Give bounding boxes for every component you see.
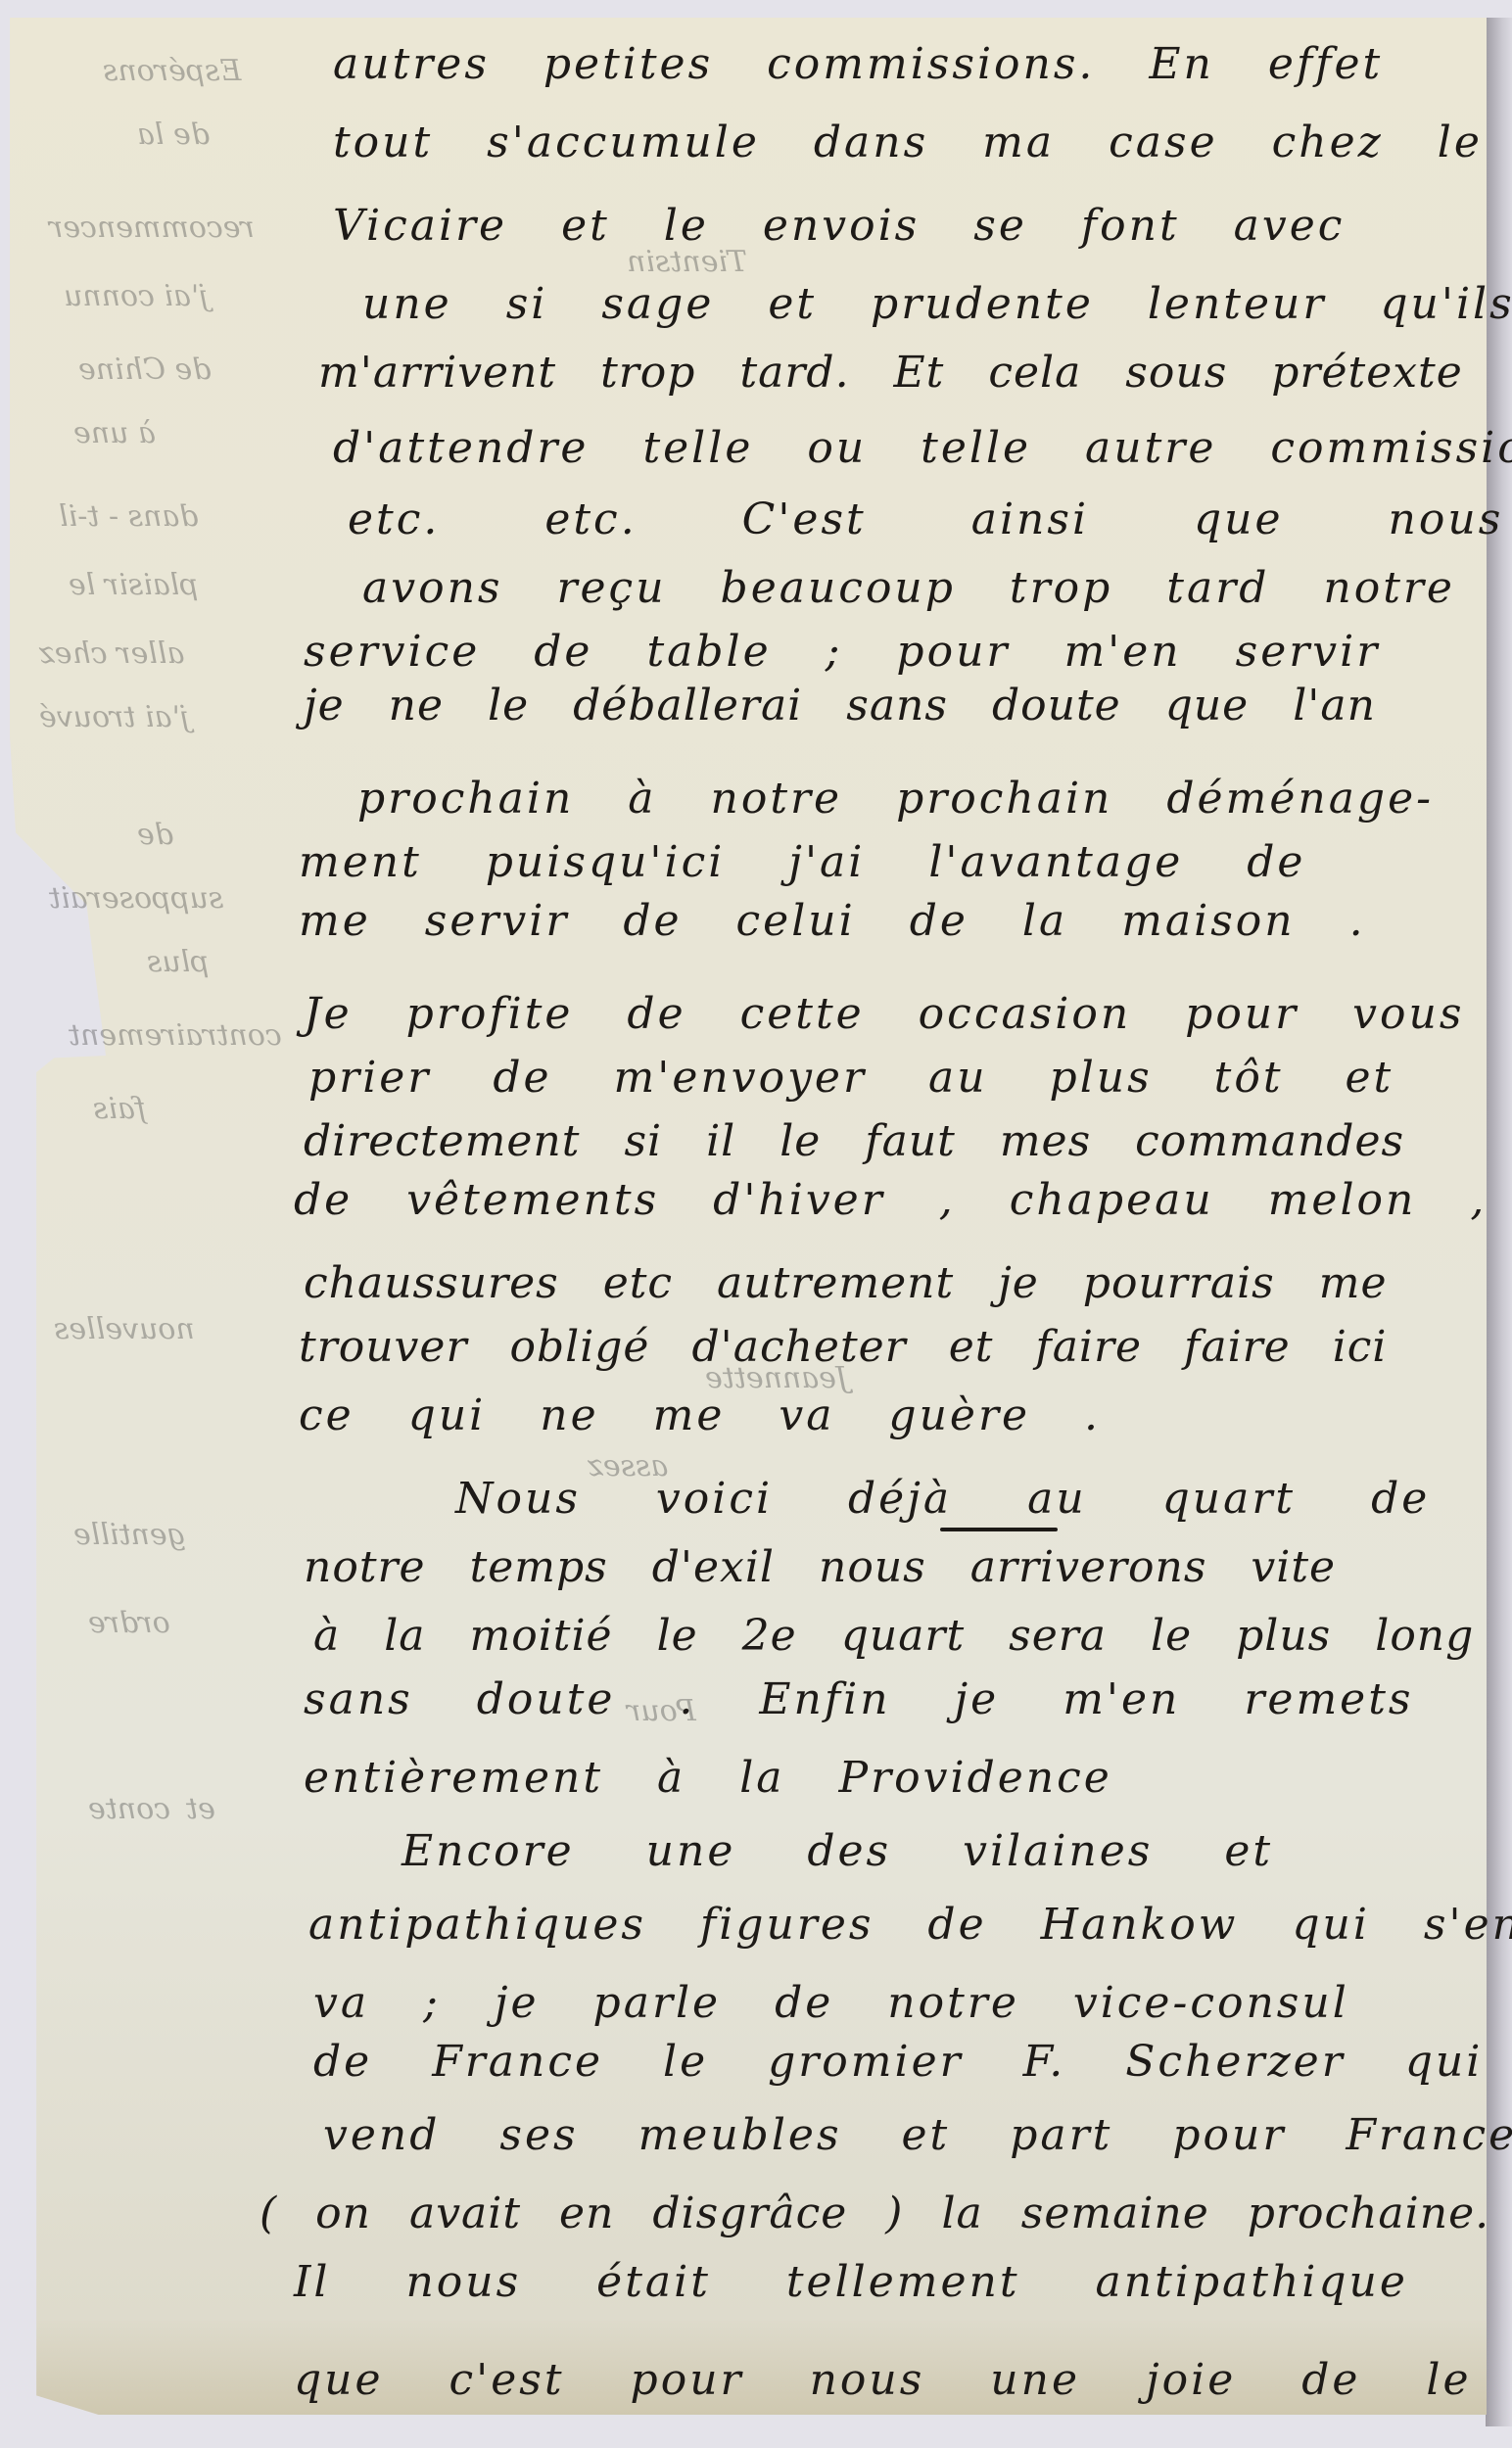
bleed-through-text: ordre — [88, 1606, 170, 1640]
letter-line: Vicaire et le envois se font avec — [333, 201, 1345, 251]
bleed-through-text: recommencer — [49, 211, 255, 245]
letter-line: avons reçu beaucoup trop tard notre — [362, 563, 1455, 613]
letter-line: notre temps d'exil nous arriverons vite — [304, 1542, 1336, 1592]
letter-line: vend ses meubles et part pour France — [323, 2110, 1512, 2160]
letter-line: de France le gromier F. Scherzer qui — [313, 2037, 1483, 2087]
letter-line: antipathiques figures de Hankow qui s'en — [308, 1900, 1512, 1950]
letter-line: Il nous était tellement antipathique — [294, 2257, 1408, 2307]
letter-line: ce qui ne me va guère . — [299, 1390, 1101, 1440]
letter-line: me servir de celui de la maison . — [299, 896, 1366, 946]
letter-line: entièrement à la Providence — [304, 1753, 1112, 1803]
letter-line: prier de m'envoyer au plus tôt et — [308, 1053, 1394, 1103]
bleed-through-text: j'ai connu — [64, 279, 208, 313]
letter-line: d'attendre telle ou telle autre commissi… — [333, 423, 1512, 473]
letter-line: trouver obligé d'acheter et faire faire … — [299, 1322, 1388, 1372]
bleed-through-text: gentille — [73, 1518, 186, 1552]
letter-line: directement si il le faut mes commandes — [304, 1116, 1404, 1166]
letter-line: une si sage et prudente lenteur qu'ils — [362, 279, 1512, 329]
letter-line: ( on avait en disgrâce ) la semaine proc… — [260, 2189, 1489, 2238]
bleed-through-text: j'ai trouvé — [39, 700, 189, 734]
letter-line: va ; je parle de notre vice-consul — [313, 1978, 1349, 2028]
bleed-through-text: plus — [147, 945, 210, 979]
letter-line: Encore une des vilaines et — [402, 1826, 1273, 1876]
letter-line: Nous voici déjà au quart de — [455, 1474, 1430, 1524]
bleed-through-text: et — [186, 1792, 215, 1826]
bleed-through-text: de Chine — [78, 353, 211, 387]
letter-line: je ne le déballerai sans doute que l'an — [304, 681, 1376, 730]
bleed-through-text: Espérons — [103, 54, 241, 88]
bleed-through-text: plaisir le — [69, 568, 199, 602]
letter-line: tout s'accumule dans ma case chez le — [333, 118, 1483, 167]
letter-line: que c'est pour nous une joie de le voir — [294, 2355, 1512, 2405]
letter-line: Je profite de cette occasion pour vous — [304, 989, 1464, 1039]
bleed-through-text: aller chez — [39, 636, 184, 671]
letter-line: sans doute . Enfin je m'en remets — [304, 1674, 1413, 1724]
letter-line: m'arrivent trop tard. Et cela sous préte… — [318, 348, 1463, 398]
letter-line: à la moitié le 2e quart sera le plus lon… — [313, 1611, 1474, 1661]
bleed-through-text: fais — [93, 1092, 146, 1126]
bleed-through-text: dans - t-il — [59, 499, 198, 534]
bleed-through-text: contrairement — [69, 1018, 282, 1053]
bleed-through-text: à une — [73, 416, 156, 450]
letter-line: etc. etc. C'est ainsi que nous — [348, 494, 1503, 544]
page-shadow — [1486, 18, 1512, 2426]
letter-line: de vêtements d'hiver , chapeau melon , — [294, 1175, 1487, 1225]
bleed-through-text: de — [137, 818, 173, 852]
bleed-through-text: conte — [88, 1792, 170, 1826]
bleed-through-text: supposerait — [49, 881, 223, 916]
underline-mark — [940, 1528, 1058, 1531]
letter-line: autres petites commissions. En effet — [333, 39, 1383, 89]
letter-line: ment puisqu'ici j'ai l'avantage de — [299, 837, 1305, 887]
letter-line: prochain à notre prochain déménage- — [357, 774, 1434, 824]
bleed-through-text: de la — [137, 118, 210, 152]
letter-line: service de table ; pour m'en servir — [304, 627, 1380, 677]
letter-line: chaussures etc autrement je pourrais me — [304, 1258, 1388, 1308]
bleed-through-text: nouvelles — [54, 1312, 195, 1346]
